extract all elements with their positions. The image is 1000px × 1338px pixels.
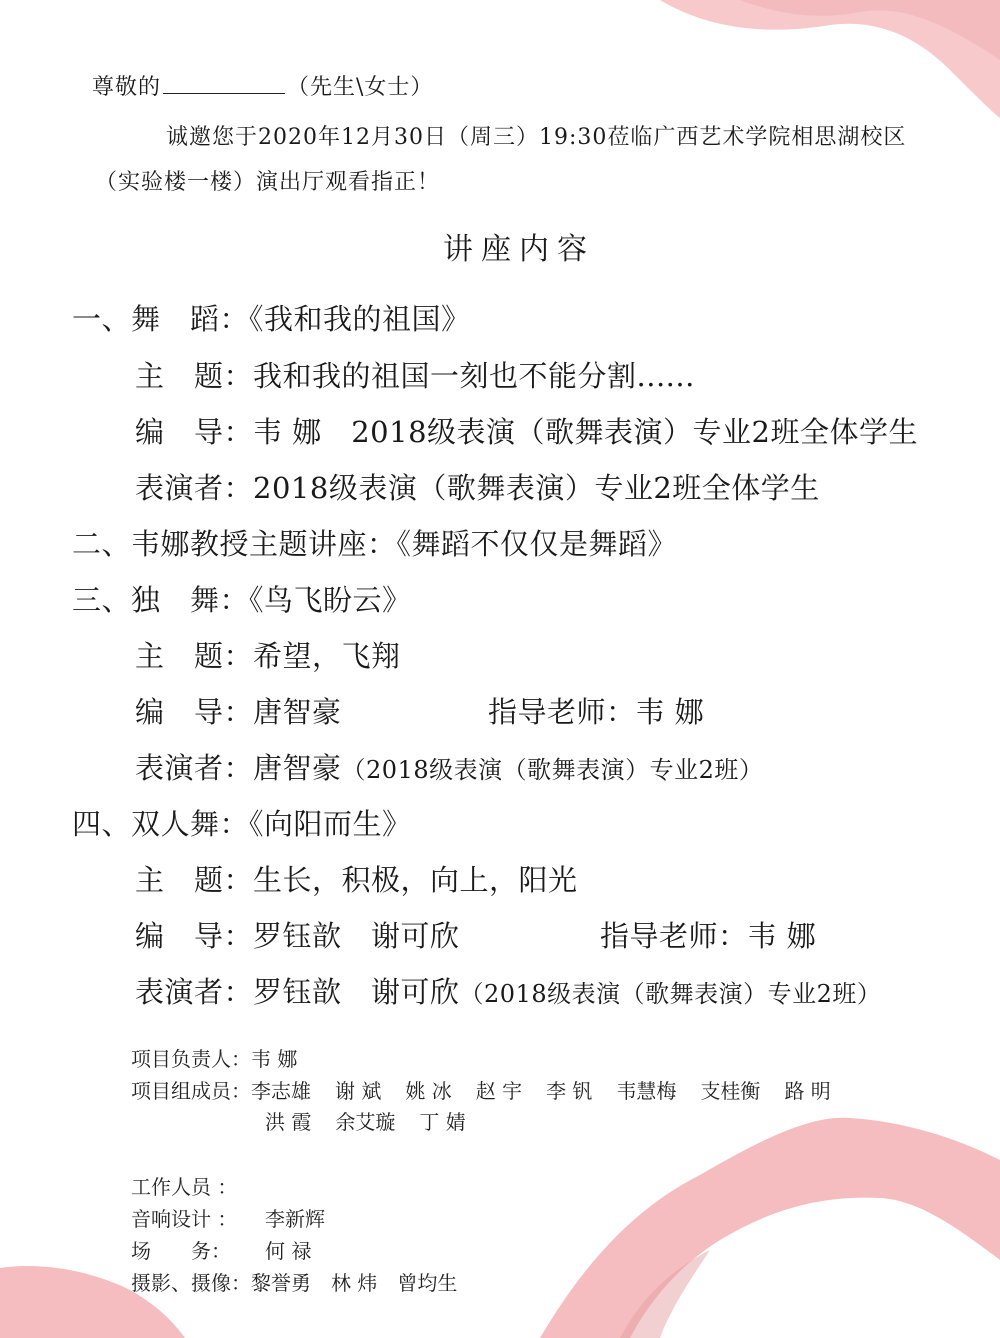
program-item-3-performer: 表演者：唐智豪（2018级表演（歌舞表演）专业2班）: [135, 746, 763, 787]
program-item-4-theme: 主 题：生长，积极，向上，阳光: [135, 858, 578, 899]
program-item-3-theme: 主 题：希望，飞翔: [135, 634, 401, 675]
program-item-2-heading: 二、韦娜教授主题讲座：《舞蹈不仅仅是舞蹈》: [72, 522, 677, 563]
program-item-1-choreographer: 编 导：韦 娜 2018级表演（歌舞表演）专业2班全体学生: [135, 410, 918, 451]
project-leader: 项目负责人：韦 娜: [131, 1043, 297, 1072]
section-title: 讲座内容: [443, 224, 595, 268]
staff-label: 工作人员 ：: [131, 1171, 237, 1200]
ribbon-top-right: [620, 0, 1000, 120]
program-item-1-theme: 主 题：我和我的祖国一刻也不能分割......: [135, 354, 695, 395]
invitation-line-1: 诚邀您于2020年12月30日（周三）19:30莅临广西艺术学院相思湖校区: [166, 120, 906, 151]
members-row-2: 洪 霞余艾璇丁 婧: [265, 1106, 490, 1135]
program-item-4-advisor: 指导老师：韦 娜: [600, 914, 816, 955]
invitation-line-2: （实验楼一楼）演出厅观看指正！: [95, 165, 440, 196]
program-item-4-heading: 四、双人舞：《向阳而生》: [72, 802, 412, 843]
program-item-3-heading: 三、独 舞：《鸟飞盼云》: [72, 578, 412, 619]
program-item-3-choreographer: 编 导：唐智豪: [135, 690, 342, 731]
greeting-suffix: （先生\女士）: [287, 75, 433, 100]
program-item-4-performer: 表演者：罗钰歆 谢可欣（2018级表演（歌舞表演）专业2班）: [135, 970, 881, 1011]
ribbon-bottom-right: [520, 1100, 1000, 1338]
program-item-3-advisor: 指导老师：韦 娜: [488, 690, 704, 731]
program-item-1-heading: 一、舞 蹈：《我和我的祖国》: [72, 297, 471, 338]
sound-design: 音响设计 ：李新辉: [131, 1203, 325, 1232]
stage-affairs: 场 务：何 禄: [131, 1235, 311, 1264]
name-blank: [163, 73, 285, 94]
program-item-4-choreographer: 编 导：罗钰歆 谢可欣: [135, 914, 460, 955]
project-members: 项目组成员：李志雄谢 斌姚 冰赵 宇李 钒韦慧梅支桂衡路 明: [131, 1075, 855, 1104]
program-item-1-performer: 表演者：2018级表演（歌舞表演）专业2班全体学生: [135, 466, 820, 507]
photography: 摄影、摄像：黎誉勇 林 炜 曾均生: [131, 1267, 457, 1296]
greeting-line: 尊敬的（先生\女士）: [92, 70, 433, 101]
greeting-prefix: 尊敬的: [92, 75, 161, 100]
members-row-1: 李志雄谢 斌姚 冰赵 宇李 钒韦慧梅支桂衡路 明: [251, 1079, 855, 1103]
